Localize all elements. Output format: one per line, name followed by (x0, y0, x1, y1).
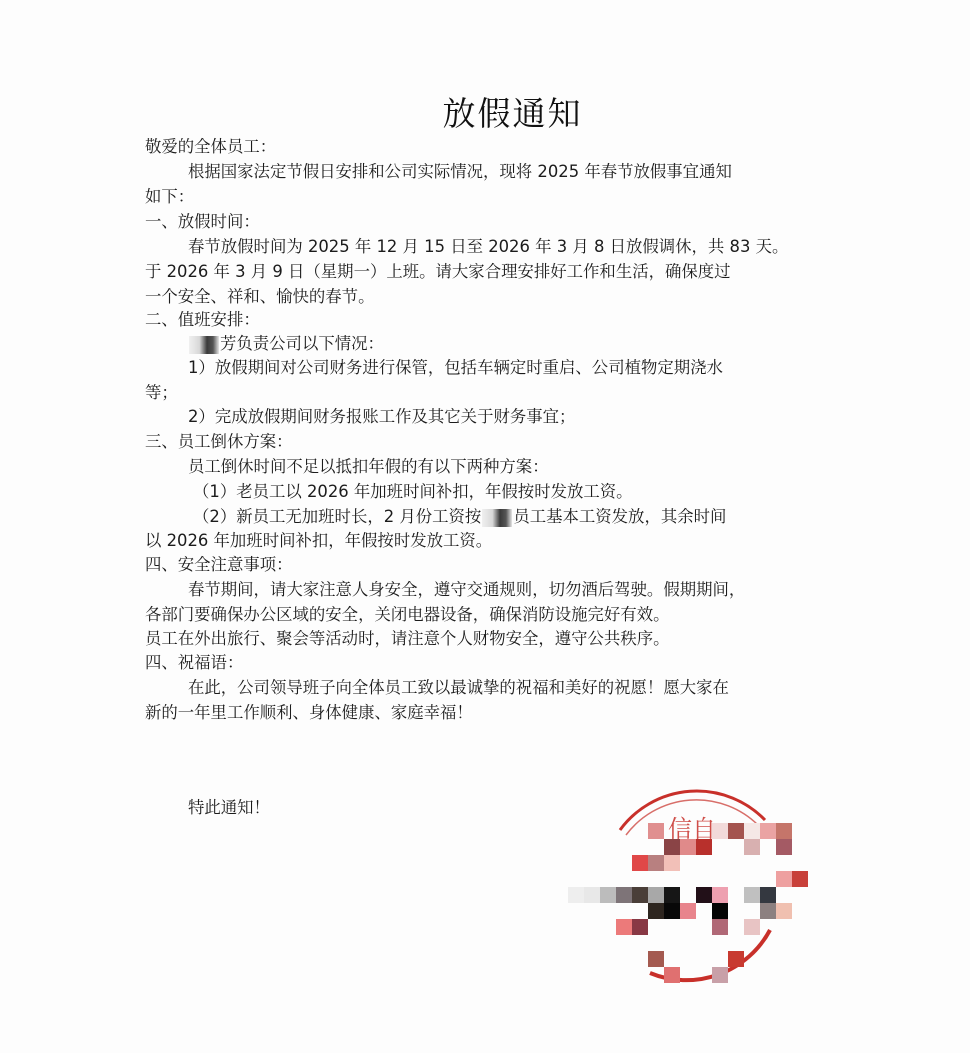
stamp-ring-icon: 信自 (560, 775, 810, 990)
duty-item-1-cont: 等； (145, 383, 178, 403)
holiday-time-line-1: 春节放假时间为 2025 年 12 月 15 日至 2026 年 3 月 8 日… (188, 237, 788, 257)
redacted-name (189, 336, 219, 354)
intro-line-1: 根据国家法定节假日安排和公司实际情况，现将 2025 年春节放假事宜通知 (188, 162, 732, 182)
section-heading-duty: 二、值班安排： (145, 310, 260, 330)
safety-line-3: 员工在外出旅行、聚会等活动时，请注意个人财物安全，遵守公共秩序。 (145, 629, 670, 649)
closing: 特此通知！ (188, 798, 270, 818)
duty-item-2: 2）完成放假期间财务报账工作及其它关于财务事宜； (188, 407, 575, 427)
option-2-part-1: （2）新员工无加班时长，2 月份工资按 (193, 507, 481, 526)
section-heading-safety: 四、安全注意事项： (145, 555, 293, 575)
intro-line-2: 如下： (145, 187, 194, 207)
section-heading-holiday-time: 一、放假时间： (145, 212, 260, 232)
document-page: 放假通知 敬爱的全体员工： 根据国家法定节假日安排和公司实际情况，现将 2025… (0, 0, 970, 1053)
duty-person-line: 芳负责公司以下情况： (188, 334, 384, 354)
comp-leave-option-2: （2）新员工无加班时长，2 月份工资按员工基本工资发放，其余时间 (193, 507, 726, 527)
section-heading-wishes: 四、祝福语： (145, 653, 243, 673)
holiday-time-line-3: 一个安全、祥和、愉快的春节。 (145, 287, 374, 307)
wishes-line-1: 在此，公司领导班子向全体员工致以最诚挚的祝福和美好的祝愿！愿大家在 (188, 678, 729, 698)
safety-line-1: 春节期间，请大家注意人身安全，遵守交通规则，切勿酒后驾驶。假期期间， (188, 580, 745, 600)
comp-leave-option-1: （1）老员工以 2026 年加班时间补扣，年假按时发放工资。 (193, 482, 633, 502)
duty-item-1: 1）放假期间对公司财务进行保管，包括车辆定时重启、公司植物定期浇水 (188, 358, 723, 378)
option-2-part-2: 员工基本工资发放，其余时间 (513, 507, 726, 526)
comp-leave-intro: 员工倒休时间不足以抵扣年假的有以下两种方案： (188, 457, 549, 477)
wishes-line-2: 新的一年里工作顺利、身体健康、家庭幸福！ (145, 703, 473, 723)
document-title: 放假通知 (0, 88, 970, 135)
salutation: 敬爱的全体员工： (145, 137, 276, 157)
company-stamp: 信自 (560, 775, 810, 990)
holiday-time-line-2: 于 2026 年 3 月 9 日（星期一）上班。请大家合理安排好工作和生活，确保… (145, 262, 731, 282)
duty-person-suffix: 芳负责公司以下情况： (220, 334, 384, 353)
safety-line-2: 各部门要确保办公区域的安全，关闭电器设备，确保消防设施完好有效。 (145, 605, 670, 625)
redacted-detail (482, 509, 512, 527)
comp-leave-option-2-cont: 以 2026 年加班时间补扣，年假按时发放工资。 (145, 531, 492, 551)
section-heading-comp-leave: 三、员工倒休方案： (145, 432, 293, 452)
